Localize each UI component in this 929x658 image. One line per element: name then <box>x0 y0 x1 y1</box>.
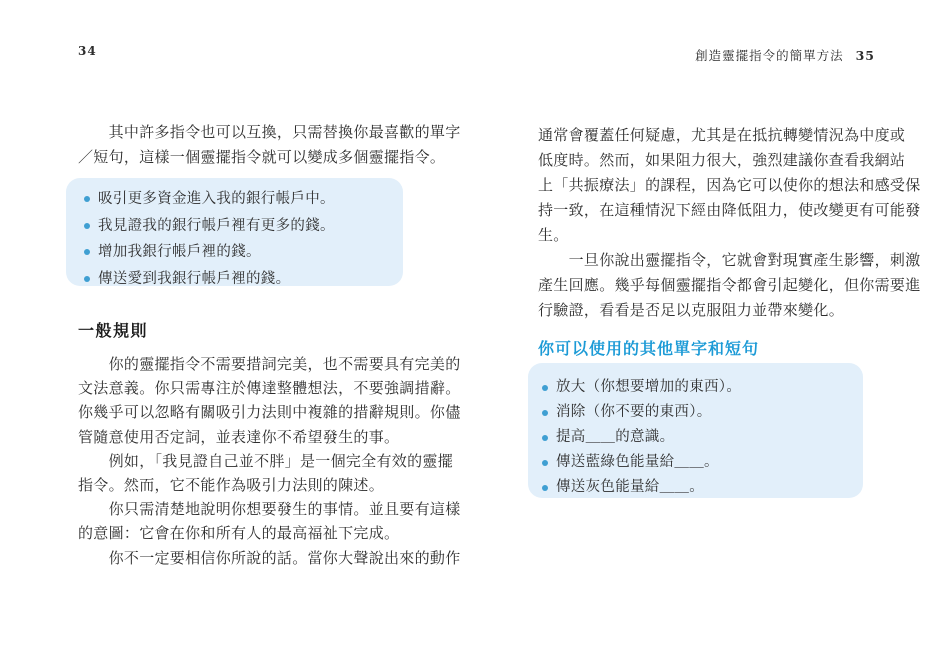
callout-box-left: 吸引更多資金進入我的銀行帳戶中。 我見證我的銀行帳戶裡有更多的錢。 增加我銀行帳… <box>66 178 403 286</box>
bullet-dot-icon <box>542 410 548 416</box>
text-line: 你不一定要相信你所說的話。當你大聲說出來的動作 <box>78 546 461 570</box>
text-line: 低度時。然而，如果阻力很大，強烈建議你查看我網站 <box>538 148 921 173</box>
text-line: 一旦你說出靈擺指令，它就會對現實產生影響，刺激 <box>538 248 921 273</box>
list-item: 放大（你想要增加的東西）。 <box>542 375 863 400</box>
body-text-left: 你的靈擺指令不需要措詞完美，也不需要具有完美的文法意義。你只需專注於傳達整體想法… <box>78 352 461 570</box>
bullet-text: 消除（你不要的東西）。 <box>556 400 712 425</box>
subheading-blue: 你可以使用的其他單字和短句 <box>538 336 759 359</box>
text-line: 指令。然而，它不能作為吸引力法則的陳述。 <box>78 473 461 497</box>
bullet-dot-icon <box>542 385 548 391</box>
page-number-left: 34 <box>78 44 450 58</box>
list-item: 傳送藍綠色能量給＿＿。 <box>542 450 863 475</box>
callout-box-right: 放大（你想要增加的東西）。 消除（你不要的東西）。 提高＿＿的意識。 傳送藍綠色… <box>528 363 863 498</box>
body-text-right: 通常會覆蓋任何疑慮，尤其是在抵抗轉變情況為中度或低度時。然而，如果阻力很大，強烈… <box>538 123 921 323</box>
bullet-dot-icon <box>542 485 548 491</box>
text-line: 持一致，在這種情況下經由降低阻力，使改變更有可能發 <box>538 198 921 223</box>
chapter-title: 創造靈擺指令的簡單方法 <box>695 48 844 63</box>
bullet-text: 傳送藍綠色能量給＿＿。 <box>556 450 719 475</box>
bullet-text: 放大（你想要增加的東西）。 <box>556 375 741 400</box>
text-line: 你只需清楚地說明你想要發生的事情。並且要有這樣 <box>78 497 461 521</box>
text-line: 文法意義。你只需專注於傳達整體想法，不要強調措辭。 <box>78 376 461 400</box>
bullet-dot-icon <box>84 196 90 202</box>
list-item: 我見證我的銀行帳戶裡有更多的錢。 <box>84 213 403 240</box>
bullet-list: 放大（你想要增加的東西）。 消除（你不要的東西）。 提高＿＿的意識。 傳送藍綠色… <box>542 375 863 500</box>
bullet-dot-icon <box>84 249 90 255</box>
book-spread: 34 其中許多指令也可以互換，只需替換你最喜歡的單字／短句，這樣一個靈擺指令就可… <box>0 0 929 658</box>
bullet-text: 傳送灰色能量給＿＿。 <box>556 475 704 500</box>
list-item: 傳送灰色能量給＿＿。 <box>542 475 863 500</box>
bullet-text: 增加我銀行帳戶裡的錢。 <box>98 239 261 266</box>
text-line: 生。 <box>538 223 921 248</box>
bullet-text: 我見證我的銀行帳戶裡有更多的錢。 <box>98 213 335 240</box>
page-left: 34 其中許多指令也可以互換，只需替換你最喜歡的單字／短句，這樣一個靈擺指令就可… <box>78 44 450 58</box>
bullet-dot-icon <box>542 460 548 466</box>
intro-paragraph: 其中許多指令也可以互換，只需替換你最喜歡的單字／短句，這樣一個靈擺指令就可以變成… <box>78 120 461 170</box>
text-line: 上「共振療法」的課程，因為它可以使你的想法和感受保 <box>538 173 921 198</box>
text-line: 管隨意使用否定詞，並表達你不希望發生的事。 <box>78 425 461 449</box>
text-line: 行驗證，看看是否足以克服阻力並帶來變化。 <box>538 298 921 323</box>
section-heading: 一般規則 <box>78 318 148 341</box>
list-item: 傳送愛到我銀行帳戶裡的錢。 <box>84 266 403 293</box>
bullet-dot-icon <box>542 435 548 441</box>
text-line: 例如，「我見證自己並不胖」是一個完全有效的靈擺 <box>78 449 461 473</box>
text-line: 產生回應。幾乎每個靈擺指令都會引起變化，但你需要進 <box>538 273 921 298</box>
bullet-dot-icon <box>84 223 90 229</box>
running-header: 創造靈擺指令的簡單方法35 <box>695 46 875 64</box>
bullet-list: 吸引更多資金進入我的銀行帳戶中。 我見證我的銀行帳戶裡有更多的錢。 增加我銀行帳… <box>84 186 403 292</box>
list-item: 吸引更多資金進入我的銀行帳戶中。 <box>84 186 403 213</box>
text-line: 的意圖：它會在你和所有人的最高福祉下完成。 <box>78 521 461 545</box>
text-line: 你幾乎可以忽略有關吸引力法則中複雜的措辭規則。你儘 <box>78 400 461 424</box>
text-line: 其中許多指令也可以互換，只需替換你最喜歡的單字 <box>78 120 461 145</box>
text-line: ／短句，這樣一個靈擺指令就可以變成多個靈擺指令。 <box>78 145 461 170</box>
text-line: 通常會覆蓋任何疑慮，尤其是在抵抗轉變情況為中度或 <box>538 123 921 148</box>
bullet-text: 吸引更多資金進入我的銀行帳戶中。 <box>98 186 335 213</box>
bullet-text: 傳送愛到我銀行帳戶裡的錢。 <box>98 266 290 293</box>
list-item: 消除（你不要的東西）。 <box>542 400 863 425</box>
list-item: 增加我銀行帳戶裡的錢。 <box>84 239 403 266</box>
page-number-right: 35 <box>856 48 875 63</box>
list-item: 提高＿＿的意識。 <box>542 425 863 450</box>
text-line: 你的靈擺指令不需要措詞完美，也不需要具有完美的 <box>78 352 461 376</box>
bullet-dot-icon <box>84 276 90 282</box>
bullet-text: 提高＿＿的意識。 <box>556 425 674 450</box>
